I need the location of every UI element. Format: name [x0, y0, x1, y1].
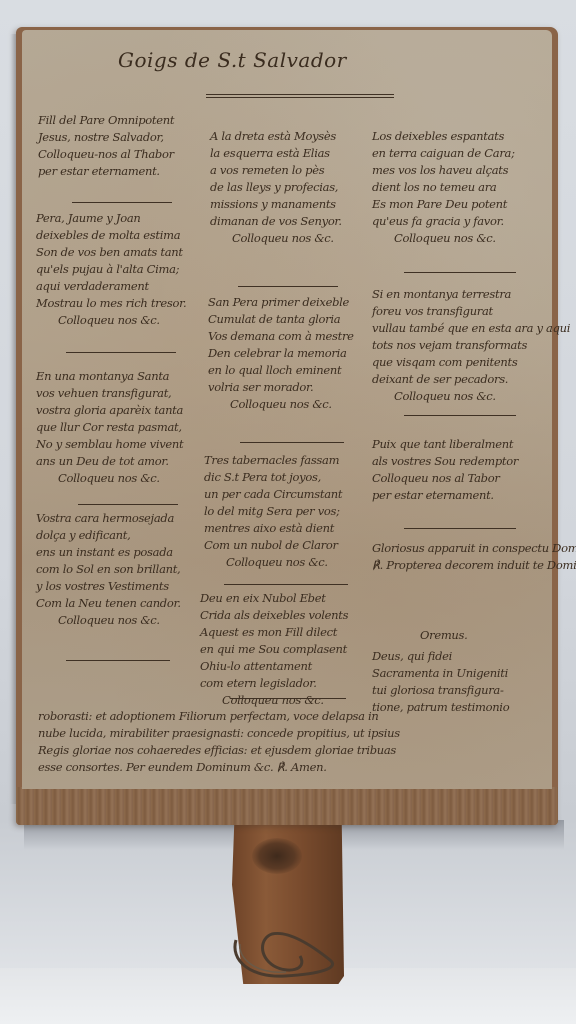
stanza-6: San Pera primer deixeble Cumulat de tant…	[208, 294, 354, 413]
title-underline	[206, 94, 394, 95]
stanza-7: En una montanya Santa vos vehuen transfi…	[36, 368, 183, 487]
stanza-3: A la dreta està Moysès la esquerra està …	[210, 128, 342, 247]
stanza-2: Pera, Jaume y Joan deixebles de molta es…	[36, 210, 186, 329]
stanza-divider	[230, 698, 346, 699]
wood-knot	[252, 838, 302, 874]
stanza-divider	[404, 528, 516, 529]
stanza-divider	[224, 584, 348, 585]
stanza-11: Deu en eix Nubol Ebet Crida als deixeble…	[200, 590, 348, 709]
rope-loop-icon	[230, 920, 340, 980]
prayer-body: roborasti: et adoptionem Filiorum perfec…	[38, 708, 400, 776]
stanza-divider	[238, 286, 338, 287]
versicle: Gloriosus apparuit in conspectu Domini. …	[372, 540, 576, 574]
stanza-8: Tres tabernacles fassam dic S.t Pera tot…	[204, 452, 342, 571]
stanza-divider	[78, 504, 178, 505]
prayer-start: Deus, qui fidei Sacramenta in Unigeniti …	[372, 648, 509, 716]
stanza-divider	[66, 352, 176, 353]
wood-bottom-strip	[16, 787, 558, 825]
title-underline-2	[206, 97, 394, 98]
stanza-1: Fill del Pare Omnipotent Jesus, nostre S…	[38, 112, 174, 180]
stanza-divider	[66, 660, 170, 661]
stanza-9: Puix que tant liberalment als vostres So…	[372, 436, 518, 504]
stanza-4: Los deixebles espantats en terra caiguan…	[372, 128, 515, 247]
stanza-10: Vostra cara hermosejada dolça y edifican…	[36, 510, 181, 629]
stanza-divider	[240, 442, 344, 443]
stanza-5: Si en montanya terrestra foreu vos trans…	[372, 286, 570, 405]
stanza-divider	[404, 415, 516, 416]
stanza-divider	[72, 202, 172, 203]
page-title: Goigs de S.t Salvador	[118, 48, 347, 72]
oremus-label: Oremus.	[420, 630, 468, 642]
stanza-divider	[404, 272, 516, 273]
